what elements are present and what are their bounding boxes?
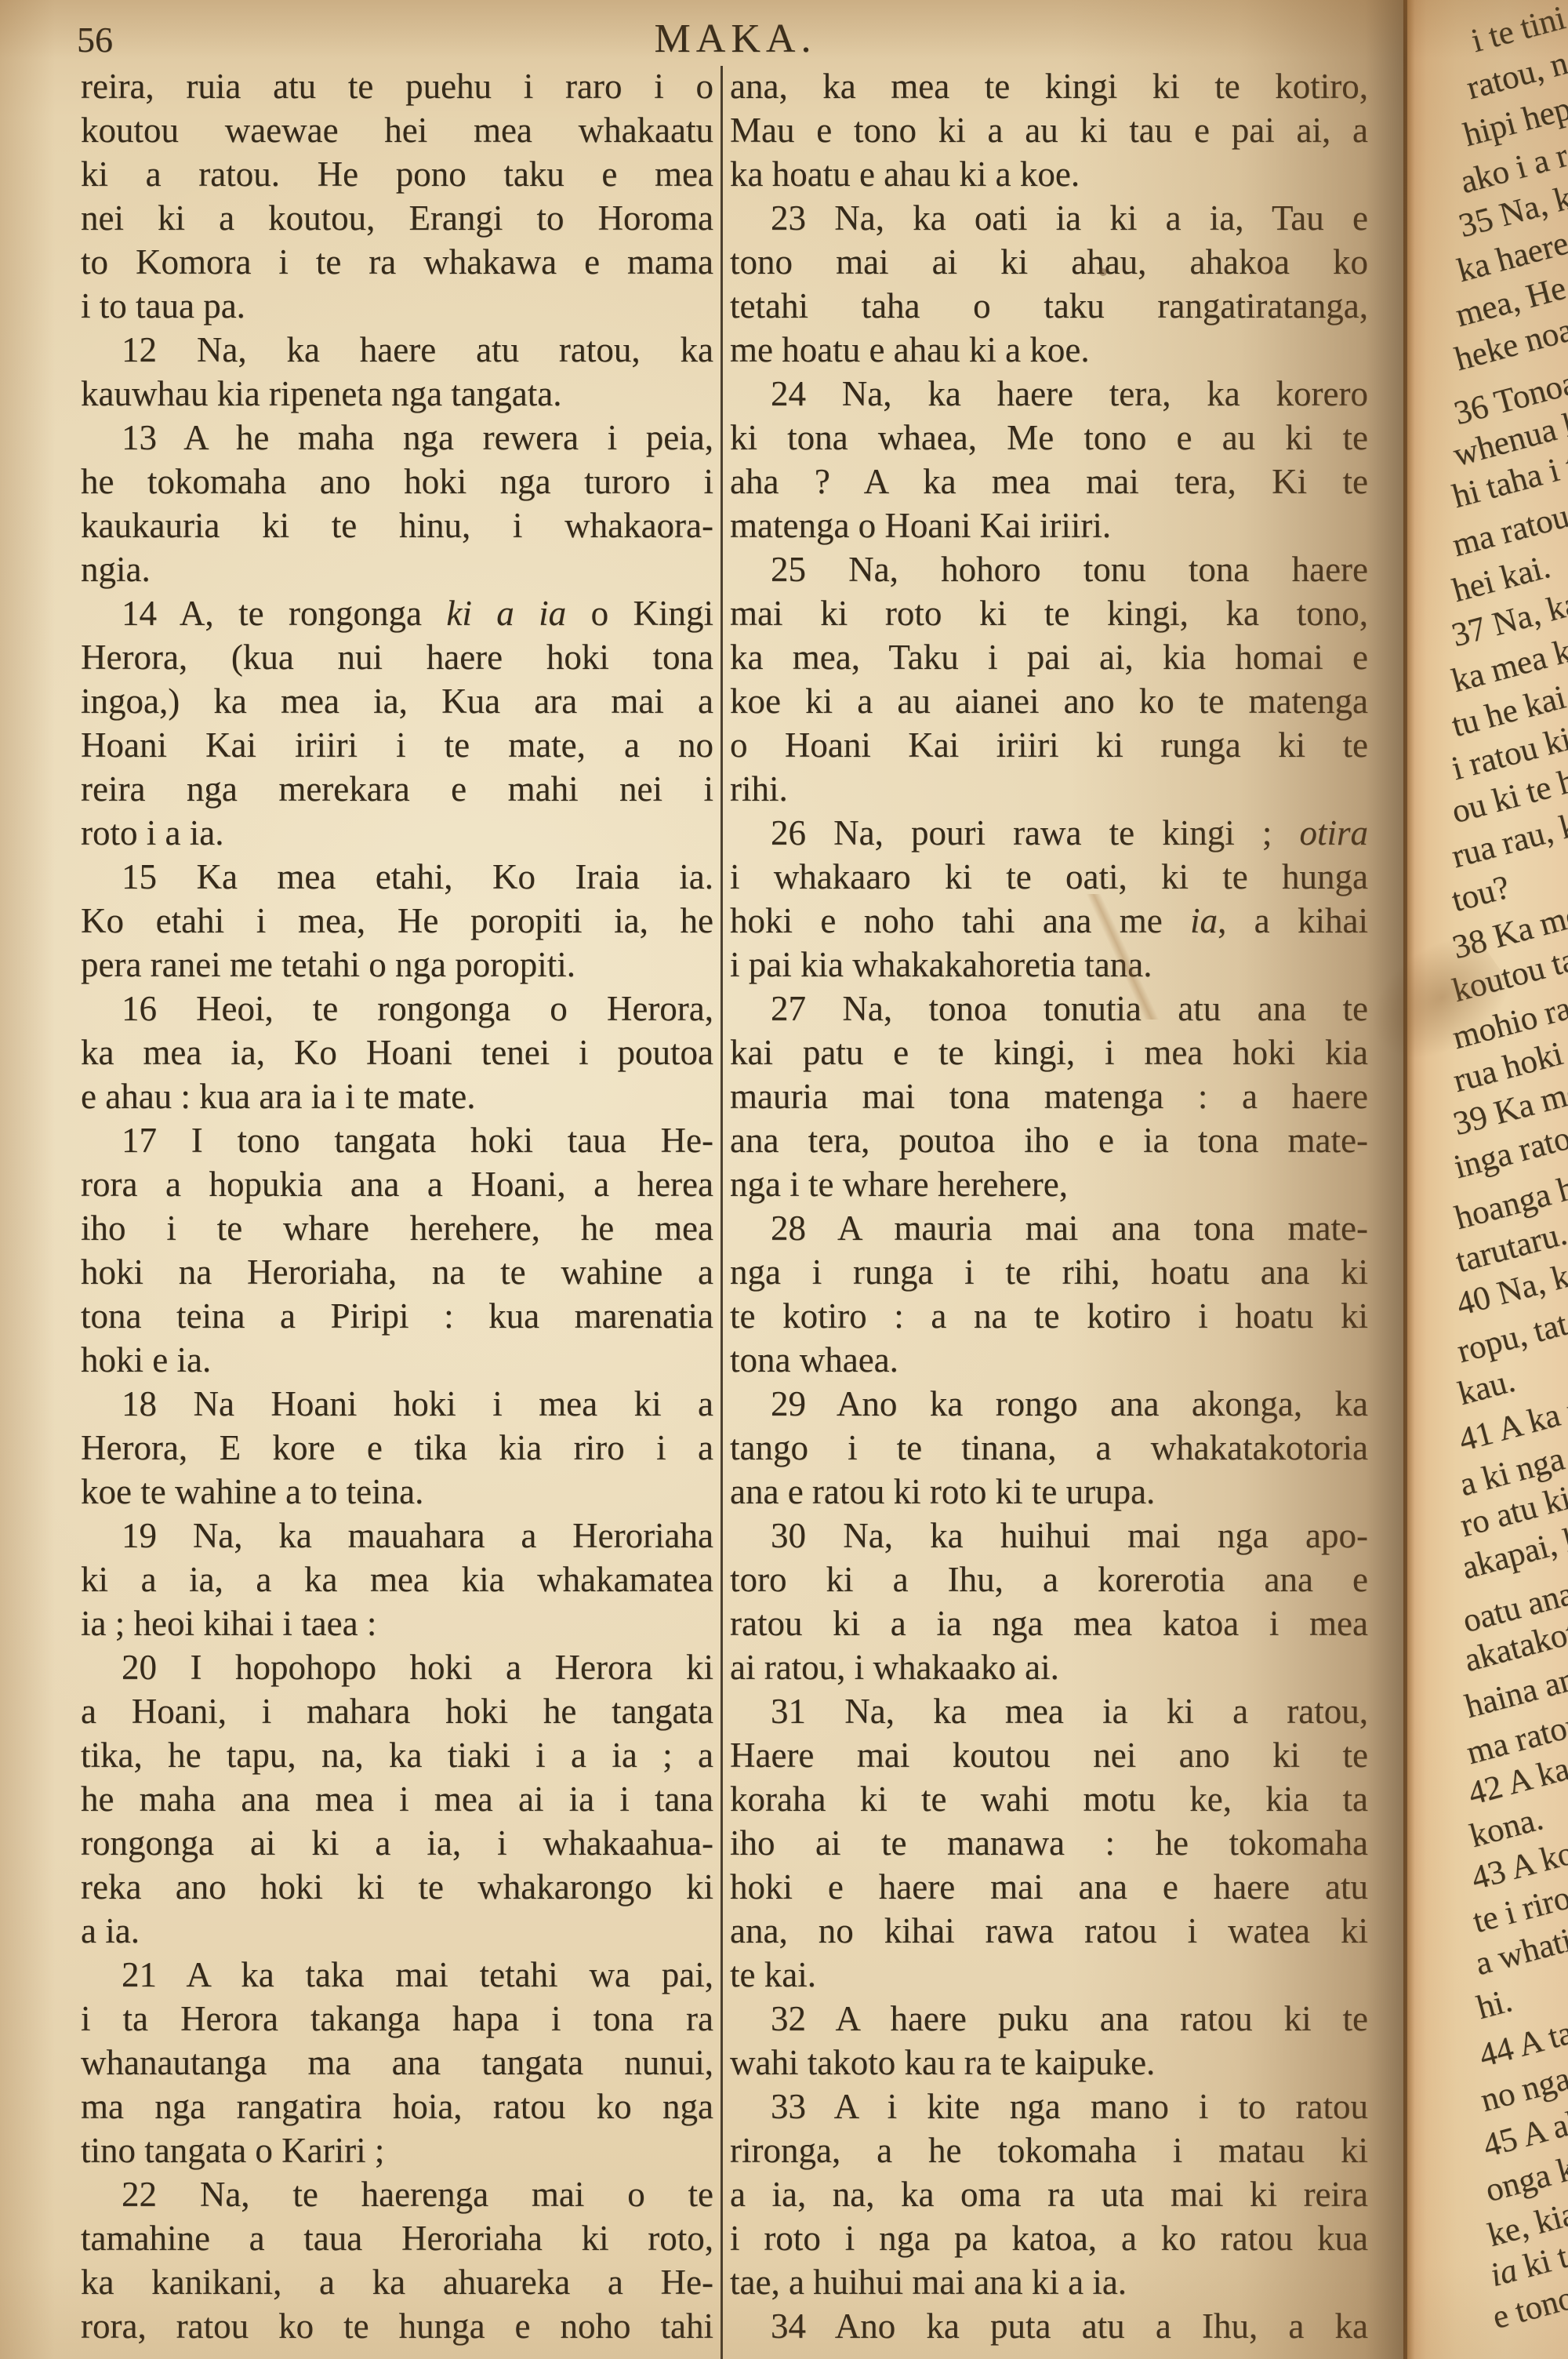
text-line: aha ? A ka mea mai tera, Ki te [730, 460, 1368, 503]
text-line: wahi takoto kau ra te kaipuke. [730, 2041, 1368, 2085]
text-line: 32 A haere puku ana ratou ki te [730, 1997, 1368, 2041]
text-line: koe te wahine a to teina. [81, 1470, 713, 1514]
text-line: reira nga merekara e mahi nei i [81, 767, 713, 811]
text-line: hoki e noho tahi ana me ia, a kihai [730, 899, 1368, 943]
text-line: reka ano hoki ki te whakarongo ki [81, 1865, 713, 1909]
text-line: o Hoani Kai iriiri ki runga ki te [730, 723, 1368, 767]
running-header-title: MAKA. [655, 16, 817, 62]
text-line: tamahine a taua Heroriaha ki roto, [81, 2216, 713, 2260]
text-line: rora a hopukia ana a Hoani, a herea [81, 1162, 713, 1206]
text-line: tango i te tinana, a whakatakotoria [730, 1426, 1368, 1470]
text-line: 30 Na, ka huihui mai nga apo- [730, 1514, 1368, 1558]
text-line: i ta Herora takanga hapa i tona ra [81, 1997, 713, 2041]
text-line: Herora, E kore e tika kia riro i a [81, 1426, 713, 1470]
text-line: ana e ratou ki roto ki te urupa. [730, 1470, 1368, 1514]
text-line: ki a ratou. He pono taku e mea [81, 152, 713, 196]
text-line: 14 A, te rongonga ki a ia o Kingi [81, 591, 713, 635]
text-line: hoki e haere mai ana e haere atu [730, 1865, 1368, 1909]
book-page: 56 MAKA. reira, ruia atu te puehu i raro… [0, 0, 1568, 2359]
text-line: 23 Na, ka oati ia ki a ia, Tau e [730, 196, 1368, 240]
text-line: 16 Heoi, te rongonga o Herora, [81, 987, 713, 1030]
text-line: iho i te whare herehere, he mea [81, 1206, 713, 1250]
text-line: kauwhau kia ripeneta nga tangata. [81, 372, 713, 416]
text-line: tona teina a Piripi : kua marenatia [81, 1294, 713, 1338]
text-line: he maha ana mea i mea ai ia i tana [81, 1777, 713, 1821]
text-line: mai ki roto ki te kingi, ka tono, [730, 591, 1368, 635]
text-line: i whakaaro ki te oati, ki te hunga [730, 855, 1368, 899]
text-line: 13 A he maha nga rewera i peia, [81, 416, 713, 460]
text-line: hoki na Heroriaha, na te wahine a [81, 1250, 713, 1294]
text-line: ratou ki a ia nga mea katoa i mea [730, 1601, 1368, 1645]
text-line: 22 Na, te haerenga mai o te [81, 2172, 713, 2216]
text-line: tetahi taha o taku rangatiratanga, [730, 284, 1368, 328]
text-line: 25 Na, hohoro tonu tona haere [730, 547, 1368, 591]
text-line: tono mai ai ki ahau, ahakoa ko [730, 240, 1368, 284]
text-line: roto i a ia. [81, 811, 713, 855]
text-line: Mau e tono ki a au ki tau e pai ai, a [730, 108, 1368, 152]
page-number: 56 [77, 19, 113, 60]
text-line: matenga o Hoani Kai iriiri. [730, 503, 1368, 547]
text-line: koe ki a au aianei ano ko te matenga [730, 679, 1368, 723]
text-line: ma nga rangatira hoia, ratou ko nga [81, 2085, 713, 2128]
text-line: hoki e ia. [81, 1338, 713, 1382]
text-line: tona whaea. [730, 1338, 1368, 1382]
text-line: 29 Ano ka rongo ana akonga, ka [730, 1382, 1368, 1426]
text-line: whanautanga ma ana tangata nunui, [81, 2041, 713, 2085]
text-line: 34 Ano ka puta atu a Ihu, a ka [730, 2304, 1368, 2348]
text-line: 15 Ka mea etahi, Ko Iraia ia. [81, 855, 713, 899]
text-line: ngia. [81, 547, 713, 591]
text-line: Ko etahi i mea, He poropiti ia, he [81, 899, 713, 943]
text-line: me hoatu e ahau ki a koe. [730, 328, 1368, 372]
text-line: nga i te whare herehere, [730, 1162, 1368, 1206]
text-line: a ia, na, ka oma ra uta mai ki reira [730, 2172, 1368, 2216]
text-line: e ahau : kua ara ia i te mate. [81, 1074, 713, 1118]
text-line: ai ratou, i whakaako ai. [730, 1645, 1368, 1689]
text-line: 17 I tono tangata hoki taua He- [81, 1118, 713, 1162]
next-page-curled-edge: i te tini o tratou, no thipi heparaako i… [1403, 0, 1568, 2359]
text-line: 18 Na Hoani hoki i mea ki a [81, 1382, 713, 1426]
text-line: rihi. [730, 767, 1368, 811]
text-line: rongonga ai ki a ia, i whakaahua- [81, 1821, 713, 1865]
text-line: rironga, a he tokomaha i matau ki [730, 2128, 1368, 2172]
text-line: ka mea ia, Ko Hoani tenei i poutoa [81, 1030, 713, 1074]
text-line: kai patu e te kingi, i mea hoki kia [730, 1030, 1368, 1074]
text-line: reira, ruia atu te puehu i raro i o [81, 64, 713, 108]
text-line: i pai kia whakakahoretia tana. [730, 943, 1368, 987]
text-line: tika, he tapu, na, ka tiaki i a ia ; a [81, 1733, 713, 1777]
text-line: 28 A mauria mai ana tona mate- [730, 1206, 1368, 1250]
text-line: i to taua pa. [81, 284, 713, 328]
text-line: 21 A ka taka mai tetahi wa pai, [81, 1953, 713, 1997]
text-line: nga i runga i te rihi, hoatu ana ki [730, 1250, 1368, 1294]
text-line: koutou waewae hei mea whakaatu [81, 108, 713, 152]
text-line: koraha ki te wahi motu ke, kia ta [730, 1777, 1368, 1821]
text-line: toro ki a Ihu, a korerotia ana e [730, 1558, 1368, 1601]
text-line: Herora, (kua nui haere hoki tona [81, 635, 713, 679]
left-text-column: reira, ruia atu te puehu i raro i okouto… [81, 64, 713, 2348]
text-line: kaukauria ki te hinu, i whakaora- [81, 503, 713, 547]
text-line: ana, no kihai rawa ratou i watea ki [730, 1909, 1368, 1953]
text-line: Hoani Kai iriiri i te mate, a no [81, 723, 713, 767]
text-line: 20 I hopohopo hoki a Herora ki [81, 1645, 713, 1689]
text-line: 26 Na, pouri rawa te kingi ; otira [730, 811, 1368, 855]
text-line: 24 Na, ka haere tera, ka korero [730, 372, 1368, 416]
text-line: a ia. [81, 1909, 713, 1953]
next-page-text-fragment: hi. [1473, 1981, 1517, 2028]
column-divider-rule [720, 66, 723, 2359]
text-line: he tokomaha ano hoki nga turoro i [81, 460, 713, 503]
text-line: 31 Na, ka mea ia ki a ratou, [730, 1689, 1368, 1733]
text-line: Haere mai koutou nei ano ki te [730, 1733, 1368, 1777]
text-line: te kotiro : a na te kotiro i hoatu ki [730, 1294, 1368, 1338]
text-line: rora, ratou ko te hunga e noho tahi [81, 2304, 713, 2348]
text-line: mauria mai tona matenga : a haere [730, 1074, 1368, 1118]
text-line: iho ai te manawa : he tokomaha [730, 1821, 1368, 1865]
text-line: ka mea, Taku i pai ai, kia homai e [730, 635, 1368, 679]
text-line: nei ki a koutou, Erangi to Horoma [81, 196, 713, 240]
text-line: 33 A i kite nga mano i to ratou [730, 2085, 1368, 2128]
text-line: ana, ka mea te kingi ki te kotiro, [730, 64, 1368, 108]
text-line: ia ; heoi kihai i taea : [81, 1601, 713, 1645]
text-line: tae, a huihui mai ana ki a ia. [730, 2260, 1368, 2304]
text-line: to Komora i te ra whakawa e mama [81, 240, 713, 284]
text-line: a Hoani, i mahara hoki he tangata [81, 1689, 713, 1733]
text-line: ka hoatu e ahau ki a koe. [730, 152, 1368, 196]
text-line: i roto i nga pa katoa, a ko ratou kua [730, 2216, 1368, 2260]
text-line: ka kanikani, a ka ahuareka a He- [81, 2260, 713, 2304]
text-line: ingoa,) ka mea ia, Kua ara mai a [81, 679, 713, 723]
text-line: tino tangata o Kariri ; [81, 2128, 713, 2172]
text-line: ana tera, poutoa iho e ia tona mate- [730, 1118, 1368, 1162]
text-line: 12 Na, ka haere atu ratou, ka [81, 328, 713, 372]
text-line: 27 Na, tonoa tonutia atu ana te [730, 987, 1368, 1030]
text-line: 19 Na, ka mauahara a Heroriaha [81, 1514, 713, 1558]
right-text-column: ana, ka mea te kingi ki te kotiro,Mau e … [730, 64, 1368, 2348]
text-line: pera ranei me tetahi o nga poropiti. [81, 943, 713, 987]
text-line: ki a ia, a ka mea kia whakamatea [81, 1558, 713, 1601]
text-line: ki tona whaea, Me tono e au ki te [730, 416, 1368, 460]
text-line: te kai. [730, 1953, 1368, 1997]
